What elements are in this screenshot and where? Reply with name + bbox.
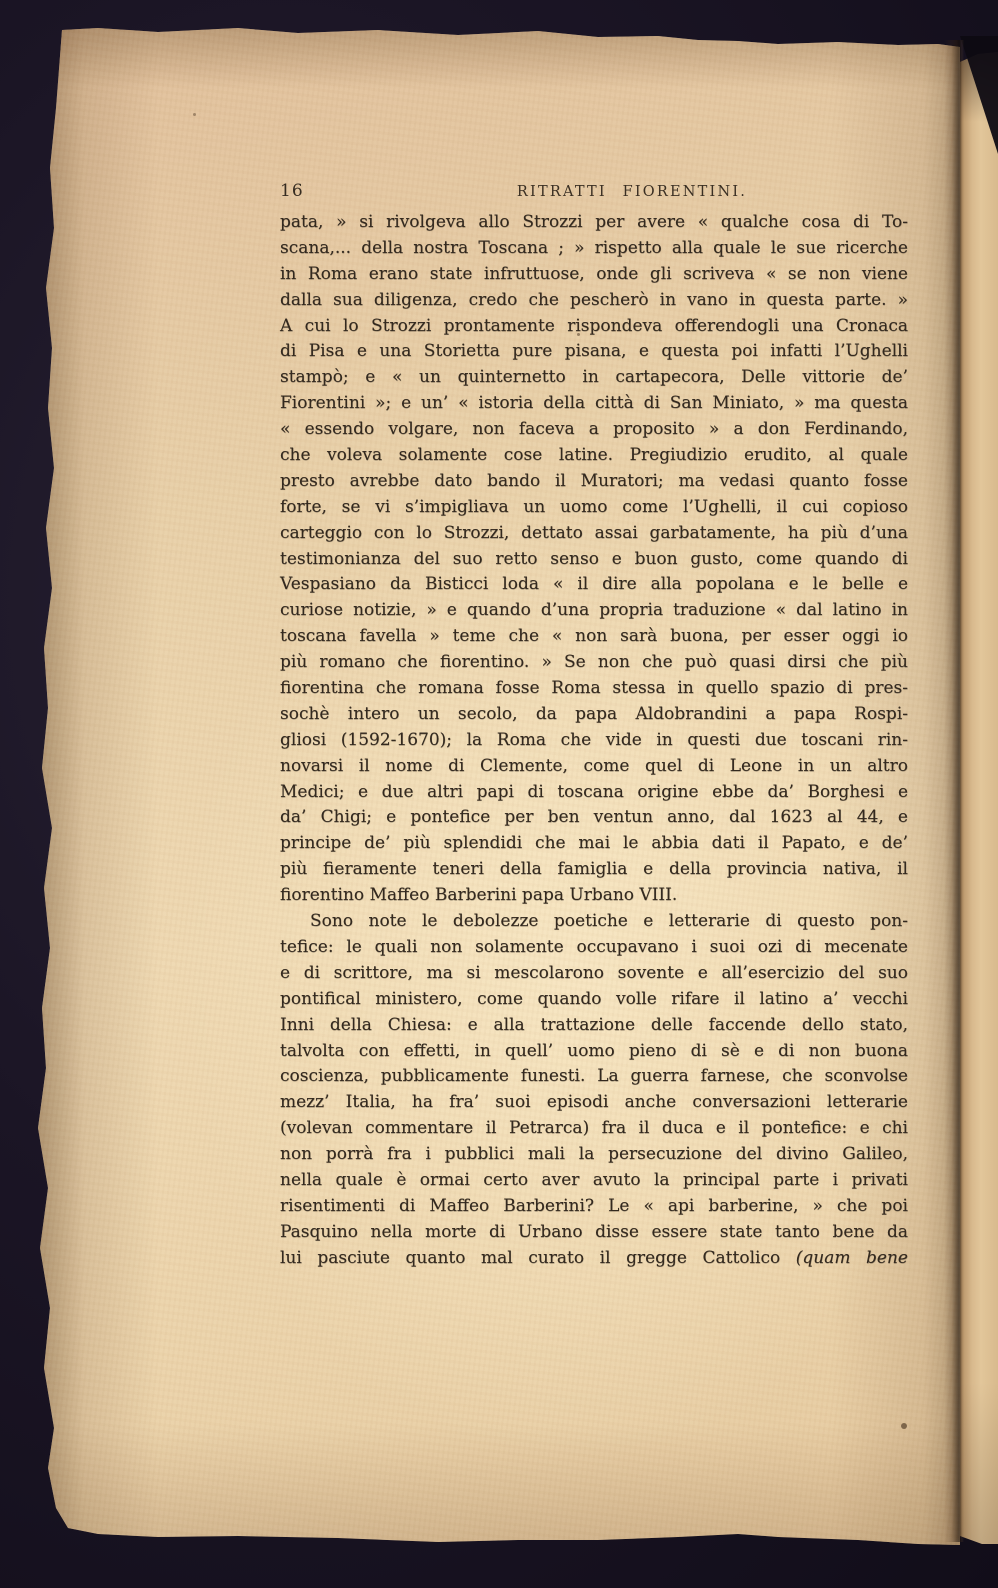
text-line: forte, se vi s’impigliava un uomo come l… — [280, 495, 908, 521]
running-title: RITRATTI FIORENTINI. — [318, 184, 946, 200]
text-line: lui pasciute quanto mal curato il gregge… — [280, 1246, 908, 1272]
paper-speck — [577, 333, 580, 336]
text-line: risentimenti di Maffeo Barberini? Le « a… — [280, 1194, 908, 1220]
text-line: presto avrebbe dato bando il Muratori; m… — [280, 469, 908, 495]
text-line: che voleva solamente cose latine. Pregiu… — [280, 443, 908, 469]
text-line: sochè intero un secolo, da papa Aldobran… — [280, 702, 908, 728]
text-line: testimonianza del suo retto senso e buon… — [280, 547, 908, 573]
text-line: dalla sua diligenza, credo che pescherò … — [280, 288, 908, 314]
adjacent-page-edge — [960, 52, 998, 1544]
page-number: 16 — [280, 181, 304, 201]
text-line: di Pisa e una Storietta pure pisana, e q… — [280, 339, 908, 365]
text-line: talvolta con effetti, in quell’ uomo pie… — [280, 1039, 908, 1065]
text-line: da’ Chigi; e pontefice per ben ventun an… — [280, 805, 908, 831]
running-head: 16 RITRATTI FIORENTINI. — [280, 180, 908, 208]
text-line: tefice: le quali non solamente occupavan… — [280, 935, 908, 961]
text-line: coscienza, pubblicamente funesti. La gue… — [280, 1064, 908, 1090]
text-line: Inni della Chiesa: e alla trattazione de… — [280, 1013, 908, 1039]
text-line: più romano che fiorentino. » Se non che … — [280, 650, 908, 676]
text-line: più fieramente teneri della famiglia e d… — [280, 857, 908, 883]
text-line: principe de’ più splendidi che mai le ab… — [280, 831, 908, 857]
text-line: (volevan commentare il Petrarca) fra il … — [280, 1116, 908, 1142]
text-line: stampò; e « un quinternetto in cartapeco… — [280, 365, 908, 391]
text-line: Vespasiano da Bisticci loda « il dire al… — [280, 572, 908, 598]
text-line: Pasquino nella morte di Urbano disse ess… — [280, 1220, 908, 1246]
text-line: Medici; e due altri papi di toscana orig… — [280, 780, 908, 806]
paper-speck — [193, 113, 196, 116]
text-line: « essendo volgare, non faceva a proposit… — [280, 417, 908, 443]
text-line: mezz’ Italia, ha fra’ suoi episodi anche… — [280, 1090, 908, 1116]
text-line: fiorentino Maffeo Barberini papa Urbano … — [280, 883, 908, 909]
book-scan: 16 RITRATTI FIORENTINI. pata, » si rivol… — [0, 0, 998, 1588]
text-line: A cui lo Strozzi prontamente rispondeva … — [280, 314, 908, 340]
text-line: fiorentina che romana fosse Roma stessa … — [280, 676, 908, 702]
text-line: in Roma erano state infruttuose, onde gl… — [280, 262, 908, 288]
text-line: novarsi il nome di Clemente, come quel d… — [280, 754, 908, 780]
italic-phrase: (quam bene — [796, 1248, 908, 1268]
text-line: curiose notizie, » e quando d’una propri… — [280, 598, 908, 624]
text-line: scana,... della nostra Toscana ; » rispe… — [280, 236, 908, 262]
page-body: pata, » si rivolgeva allo Strozzi per av… — [280, 210, 908, 1272]
text-line: toscana favella » teme che « non sarà bu… — [280, 624, 908, 650]
book-page: 16 RITRATTI FIORENTINI. pata, » si rivol… — [38, 28, 960, 1545]
text-line: non porrà fra i pubblici mali la persecu… — [280, 1142, 908, 1168]
text-line: pontifical ministero, come quando volle … — [280, 987, 908, 1013]
text-line: Sono note le debolezze poetiche e letter… — [280, 909, 908, 935]
text-line: nella quale è ormai certo aver avuto la … — [280, 1168, 908, 1194]
text-line: gliosi (1592-1670); la Roma che vide in … — [280, 728, 908, 754]
text-run: lui pasciute quanto mal curato il gregge… — [280, 1248, 796, 1268]
text-line: pata, » si rivolgeva allo Strozzi per av… — [280, 210, 908, 236]
text-line: carteggio con lo Strozzi, dettato assai … — [280, 521, 908, 547]
text-line: Fiorentini »; e un’ « istoria della citt… — [280, 391, 908, 417]
paper-speck — [901, 1423, 907, 1429]
text-line: e di scrittore, ma si mescolarono sovent… — [280, 961, 908, 987]
